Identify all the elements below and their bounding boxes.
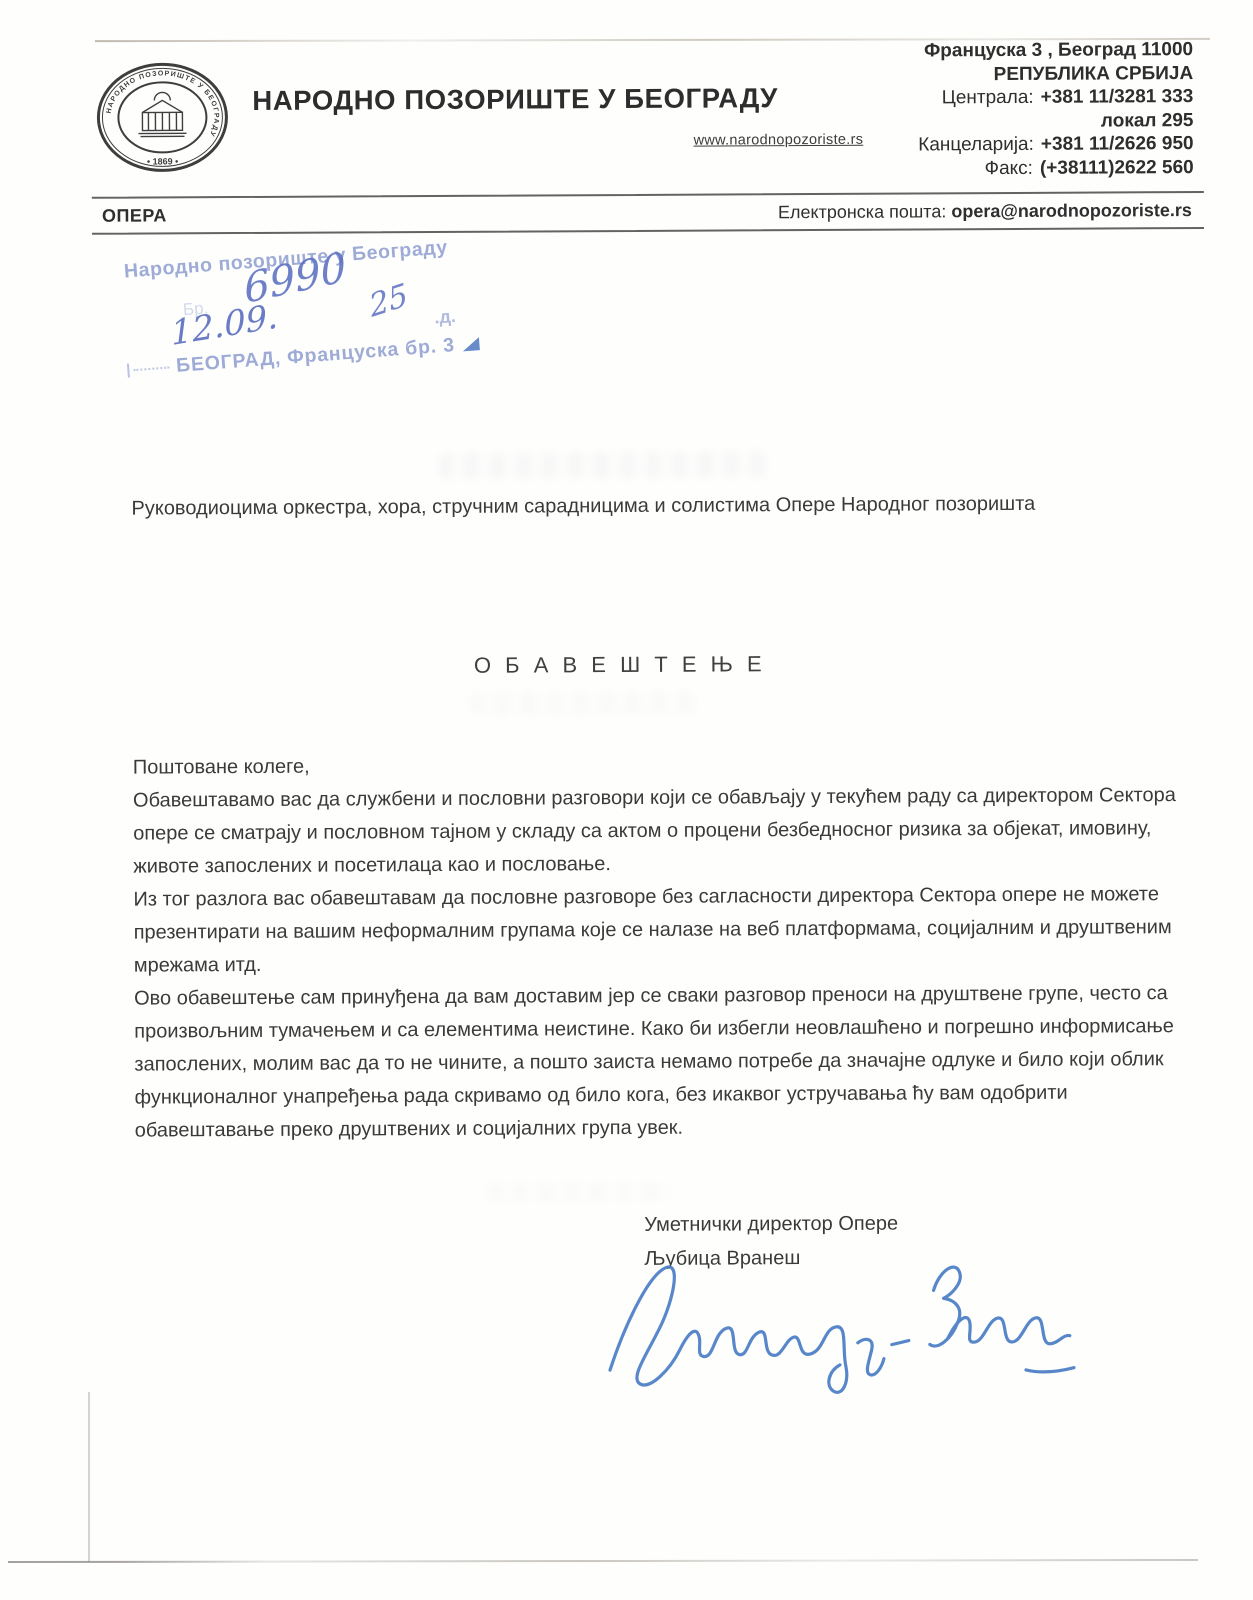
document-title: О Б А В Е Ш Т Е Њ Е bbox=[102, 649, 1137, 680]
contact-row: локал 295 bbox=[918, 109, 1193, 134]
theatre-seal-logo-icon: НАРОДНО ПОЗОРИШТЕ У БЕОГРАДУ • 1869 • bbox=[94, 60, 231, 175]
bleedthrough-smudge bbox=[487, 1182, 672, 1203]
contact-row: Канцеларија:+381 11/2626 950 bbox=[918, 132, 1193, 157]
salutation: Поштоване колеге, bbox=[133, 746, 1176, 784]
signoff-role: Уметнички директор Опере bbox=[644, 1207, 898, 1242]
email-label: Електронска пошта: bbox=[778, 201, 946, 222]
seal-building-icon bbox=[138, 92, 186, 136]
org-title: НАРОДНО ПОЗОРИШТЕ У БЕОГРАДУ bbox=[252, 82, 778, 117]
contact-label: Канцеларија: bbox=[918, 134, 1034, 156]
contact-value: +381 11/2626 950 bbox=[1041, 133, 1194, 155]
email-value: opera@narodnopozoriste.rs bbox=[951, 200, 1192, 221]
paragraph: Ово обавештење сам принуђена да вам дост… bbox=[134, 977, 1178, 1147]
stamp-tick-mark bbox=[127, 363, 130, 377]
handwritten-signature bbox=[595, 1250, 1076, 1413]
letter-content: НАРОДНО ПОЗОРИШТЕ У БЕОГРАДУ • 1869 • bbox=[0, 0, 1253, 1600]
contact-row: Централа:+381 11/3281 333 bbox=[918, 85, 1193, 110]
letter-body: Поштоване колеге, Обавештавамо вас да сл… bbox=[133, 746, 1178, 1147]
department-band: ОПЕРА Електронска пошта: opera@narodnopo… bbox=[92, 191, 1204, 235]
recipient-line: Руководиоцима оркестра, хора, стручним с… bbox=[131, 493, 1035, 521]
website-link: www.narodnopozoriste.rs bbox=[694, 132, 864, 149]
contact-label: Факс: bbox=[985, 157, 1033, 178]
paragraph: Обавештавамо вас да службени и пословни … bbox=[133, 779, 1176, 883]
stamp-year-handwritten: 25 bbox=[367, 277, 411, 325]
header-country: РЕПУБЛИКА СРБИЈА bbox=[918, 62, 1193, 87]
registry-stamp: Народно позориште у Београду Бр. 6990 12… bbox=[123, 234, 493, 411]
scanned-letter-page: НАРОДНО ПОЗОРИШТЕ У БЕОГРАДУ • 1869 • bbox=[0, 0, 1253, 1600]
header-contact-block: Француска 3 , Београд 11000 РЕПУБЛИКА СР… bbox=[918, 38, 1194, 180]
seal-year: • 1869 • bbox=[147, 156, 178, 166]
header-address: Француска 3 , Београд 11000 bbox=[918, 38, 1193, 63]
stamp-dotted-line bbox=[133, 366, 169, 371]
email-line: Електронска пошта: opera@narodnopozorist… bbox=[778, 200, 1192, 223]
triangle-mark-icon bbox=[462, 337, 480, 351]
contact-value: локал 295 bbox=[1101, 110, 1194, 131]
bleedthrough-smudge bbox=[438, 451, 768, 479]
department-label: ОПЕРА bbox=[102, 205, 167, 226]
contact-label: Централа: bbox=[942, 87, 1034, 108]
contact-value: +381 11/3281 333 bbox=[1041, 86, 1194, 108]
contact-row: Факс:(+38111)2622 560 bbox=[918, 156, 1193, 181]
bleedthrough-smudge bbox=[469, 692, 699, 715]
stamp-suffix: .д. bbox=[434, 306, 457, 329]
paragraph: Из тог разлога вас обавештавам да послов… bbox=[133, 878, 1176, 982]
contact-value: (+38111)2622 560 bbox=[1040, 157, 1194, 179]
